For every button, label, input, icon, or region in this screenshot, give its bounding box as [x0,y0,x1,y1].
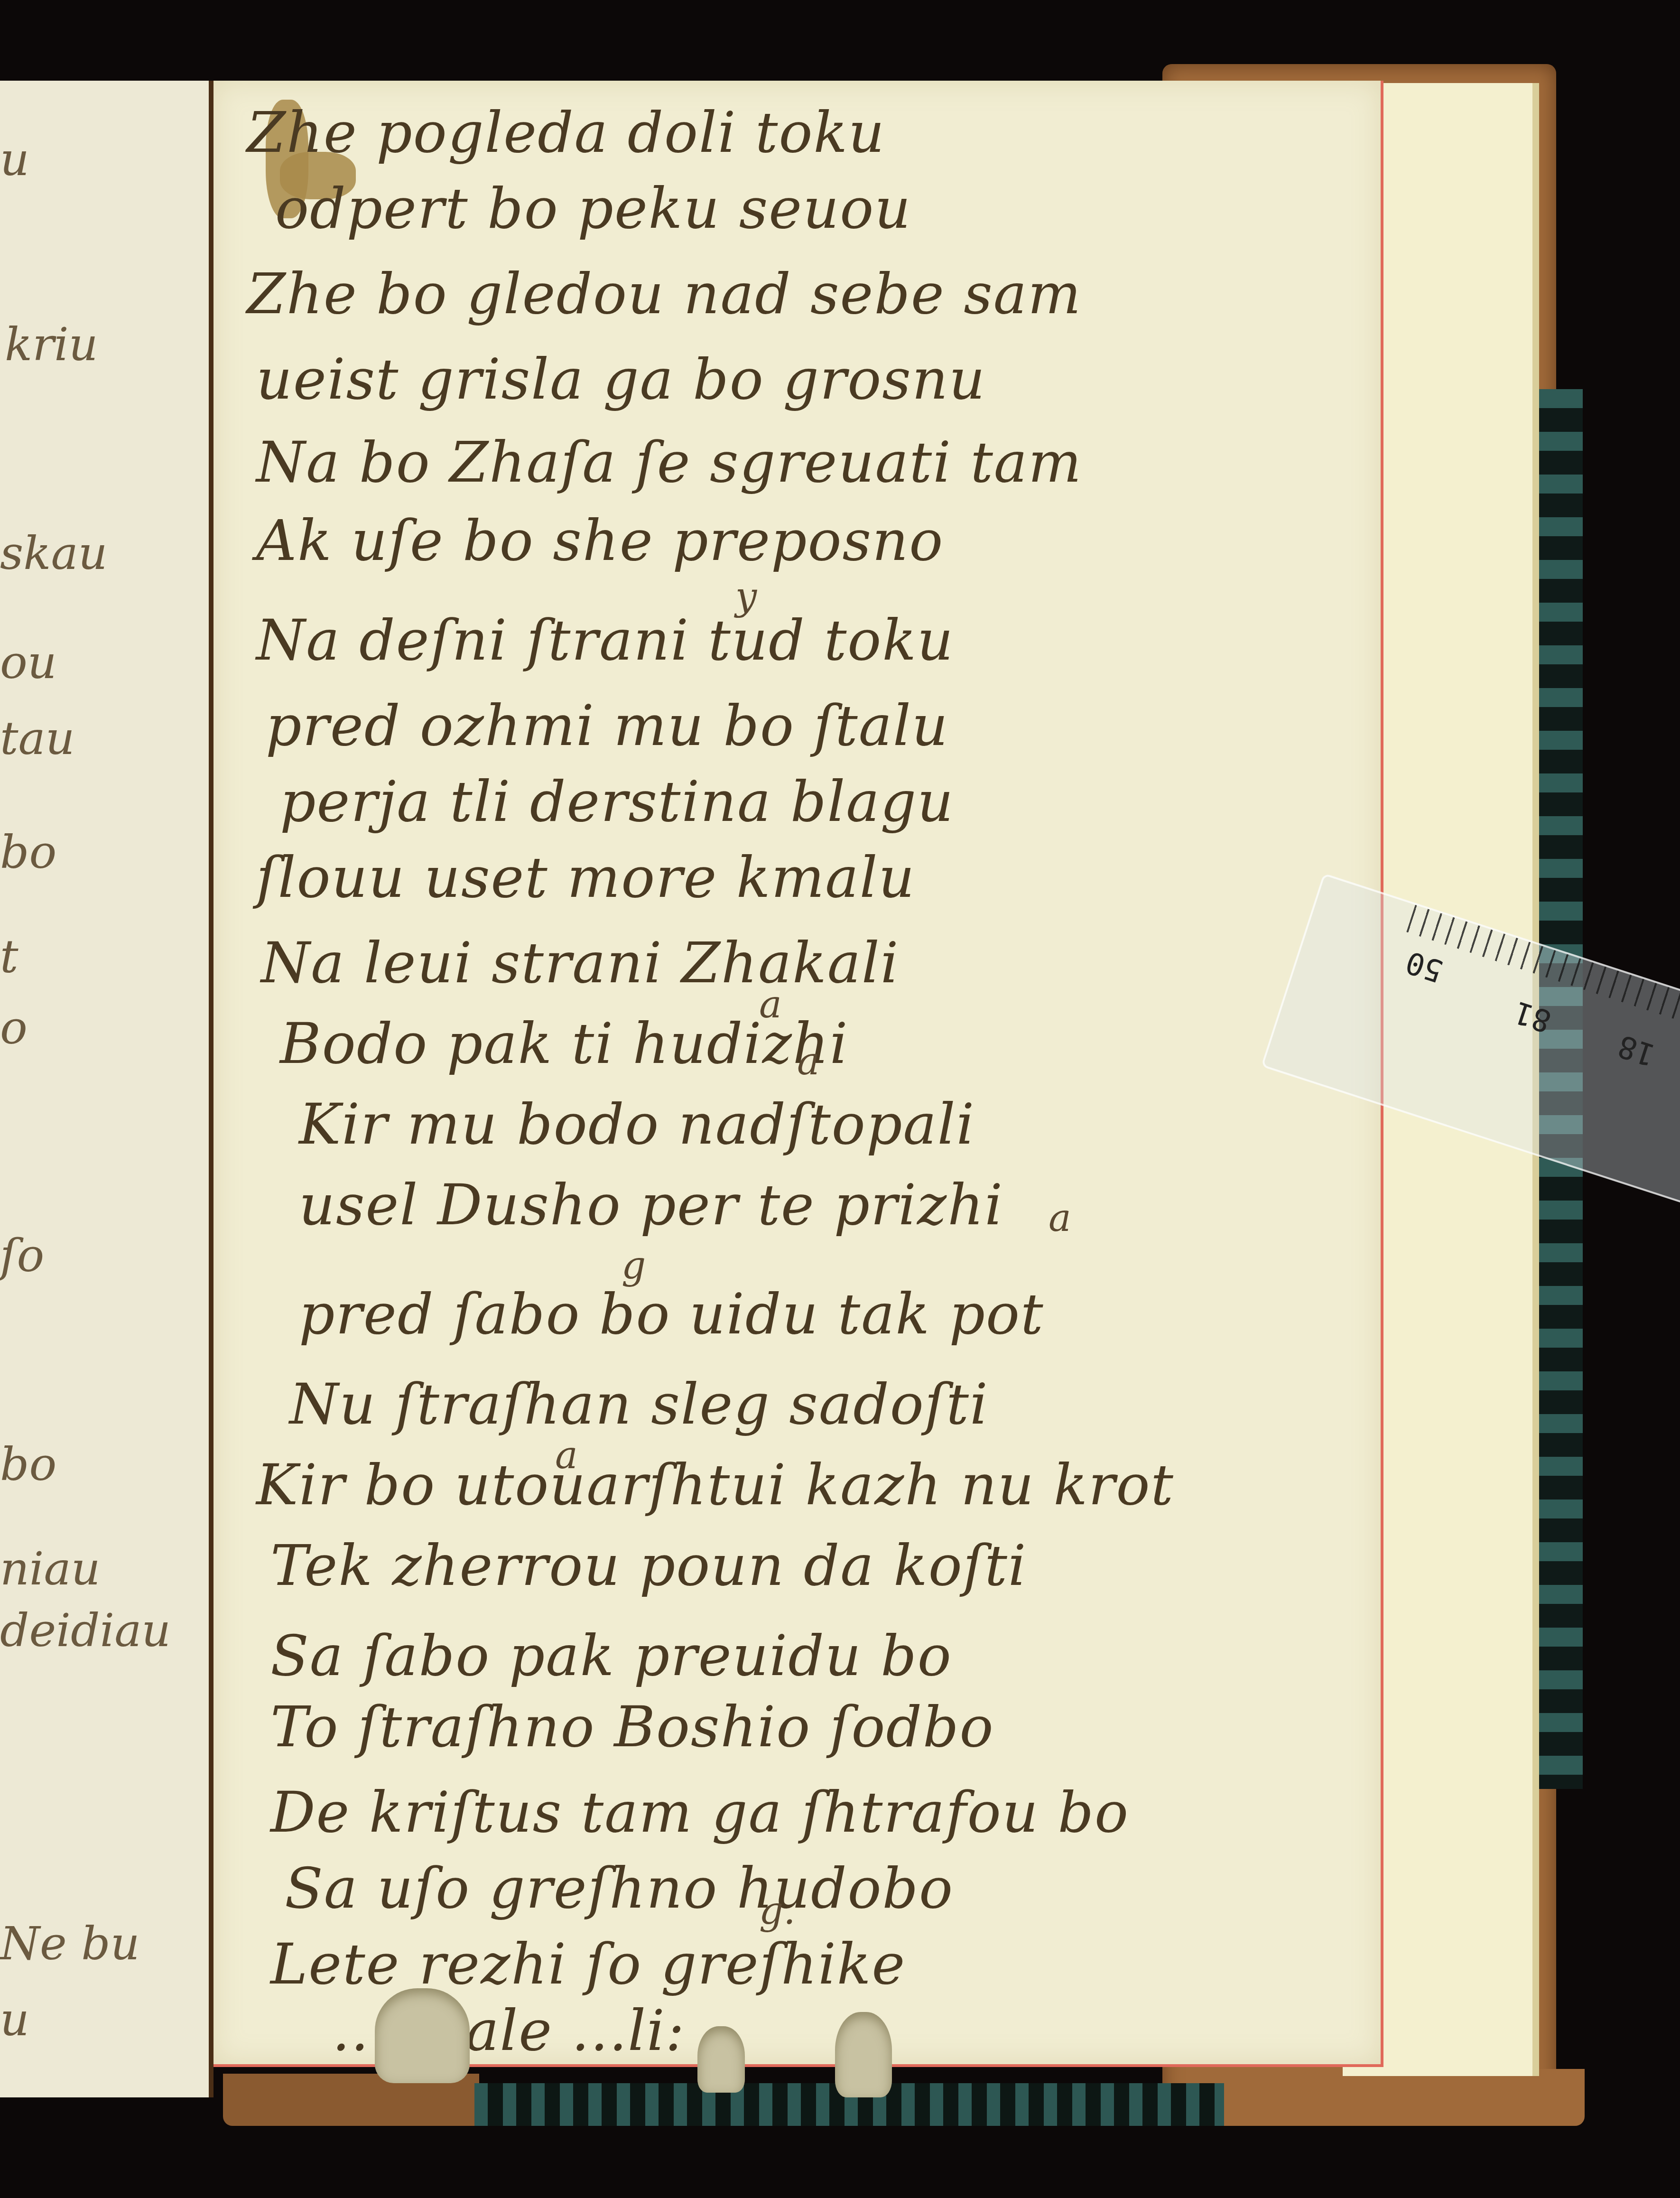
manuscript-line: Kir bo utouarſhtui kazh nu krot [256,1452,1174,1518]
interlinear-gloss: a [555,1433,578,1477]
paper-hole [375,1988,470,2083]
left-fragment: deidiau [0,1604,171,1657]
left-fragment: bo [0,826,56,879]
manuscript-page: Zhe pogleda doli toku odpert bo peku seu… [213,81,1383,2067]
left-fragment: ſo [0,1229,44,1282]
manuscript-line: usel Dusho per te prizhi [299,1172,1003,1238]
paper-hole [697,2026,745,2093]
interlinear-gloss: g [622,1243,646,1287]
manuscript-line: Kir mu bodo nadſtopali [299,1091,975,1157]
manuscript-line: pred ſabo bo uidu tak pot [299,1281,1044,1347]
interlinear-gloss: a [759,982,782,1026]
manuscript-line: De kriſtus tam ga ſhtrafou bo [270,1779,1129,1845]
left-fragment: ou [0,636,57,689]
left-fragment: Ne bu [0,1917,140,1970]
manuscript-line: Nu ſtraſhan sleg sadoſti [289,1371,989,1437]
book-cover-bottom-right [1224,2069,1585,2126]
ruler-label: 50 [1402,944,1447,988]
interlinear-gloss: y [735,574,757,618]
left-fragment: t [0,930,19,983]
left-fragment: skau [0,527,108,580]
left-fragment: u [0,133,29,186]
ruler-label: 81 [1510,994,1556,1039]
manuscript-line: Na bo Zhaſa ſe sgreuati tam [256,429,1082,495]
left-fragment: niau [0,1542,101,1595]
manuscript-line: perja tli derstina blagu [280,769,954,834]
manuscript-line: Zhe bo gledou nad sebe sam [247,261,1082,326]
manuscript-line: ſlouu uset more kmalu [256,845,915,910]
manuscript-line: Lete rezhi ſo greſhike [270,1931,906,1997]
manuscript-line: Tek zherrou poun da koſti [270,1533,1027,1598]
interlinear-gloss: a [1049,1196,1071,1240]
manuscript-line: Zhe pogleda doli toku [247,100,885,165]
manuscript-line: ueist grisla ga bo grosnu [256,346,986,412]
left-fragment: tau [0,712,75,765]
manuscript-line: Na leui strani Zhakali [261,930,900,996]
manuscript-line: pred ozhmi mu bo ſtalu [266,693,949,758]
interlinear-gloss: g. [759,1889,796,1933]
manuscript-line: Na deſni ſtrani tud toku [256,607,954,673]
manuscript-line: Ak uſe bo she preposno [256,508,944,573]
manuscript-line: Sa uſo greſhno hudobo [285,1855,954,1921]
paper-hole [835,2012,892,2097]
manuscript-line: Sa ſabo pak preuidu bo [270,1623,952,1688]
manuscript-line: To ſtraſhno Boshio ſodbo [270,1694,994,1760]
left-fragment: o [0,1001,28,1054]
left-fragment: u [0,1993,29,2046]
manuscript-line: odpert bo peku seuou [275,176,911,241]
ruler-label: 18 [1614,1028,1659,1072]
interlinear-gloss: a [797,1039,820,1083]
left-page: u kriu skau ou tau bo t o ſo bo niau dei… [0,81,213,2097]
left-fragment: bo [0,1438,56,1491]
left-fragment: kriu [5,318,98,371]
